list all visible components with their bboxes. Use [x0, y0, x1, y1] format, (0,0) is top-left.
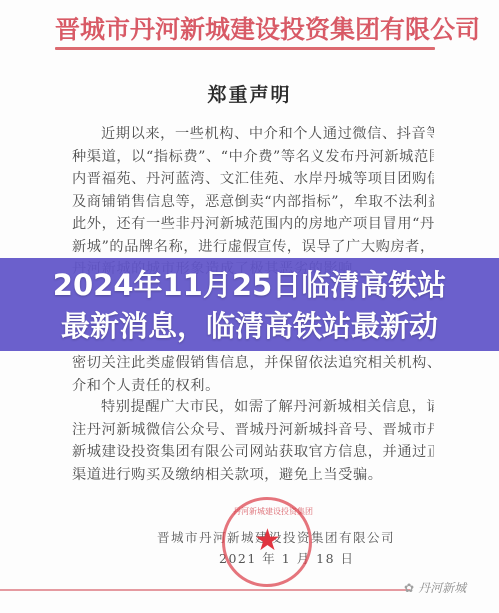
text-line: 此外，还有一些非丹河新城范围内的房地产项目冒用“丹河 [72, 213, 434, 236]
seal-ring-text: 丹河新城建设投资集团 [233, 506, 313, 517]
text-line: 特别提醒广大市民，如需了解丹河新城相关信息，请关 [72, 396, 434, 419]
text-line: 内晋福苑、丹河蓝湾、文汇佳苑、水岸丹城等项目团购信息， [72, 168, 434, 191]
watermark: ✿ 丹河新城 [404, 579, 466, 596]
bottom-red-rule [0, 589, 410, 591]
text-line: 密切关注此类虚假销售信息，并保留依法追究相关机构、中 [72, 352, 434, 375]
text-line: 种渠道，以“指标费”、“中介费”等名义发布丹河新城范围 [72, 146, 434, 169]
text-line: 及商铺销售信息等，恶意倒卖“内部指标”，牟取不法利益。 [72, 191, 434, 214]
headline-line-1: 2024年11月25日临清高铁站 [0, 265, 499, 306]
paragraph-3: 特别提醒广大市民，如需了解丹河新城相关信息，请关 注丹河新城微信公众号、晋城丹河… [72, 396, 434, 486]
text-line: 近期以来，一些机构、中介和个人通过微信、抖音等各 [72, 123, 434, 146]
letterhead-red-rule [55, 47, 435, 50]
headline-title: 2024年11月25日临清高铁站 最新消息，临清高铁站最新动 [0, 265, 499, 347]
paragraph-1: 近期以来，一些机构、中介和个人通过微信、抖音等各 种渠道，以“指标费”、“中介费… [72, 123, 434, 281]
paragraph-2: 密切关注此类虚假销售信息，并保留依法追究相关机构、中 介和个人责任的权利。 [72, 352, 434, 397]
text-line: 注丹河新城微信公众号、晋城丹河新城抖音号、晋城市丹河 [72, 419, 434, 442]
text-line: 新城建设投资集团有限公司网站获取官方信息，并通过正规 [72, 441, 434, 464]
text-line: 介和个人责任的权利。 [72, 375, 434, 398]
letterhead-company-name: 晋城市丹河新城建设投资集团有限公司 [55, 10, 435, 46]
text-line: 新城”的品牌名称，进行虚假宣传，误导了广大购房者，给 [72, 236, 434, 259]
watermark-text: 丹河新城 [418, 579, 466, 596]
star-icon: ★ [254, 526, 281, 556]
wechat-icon: ✿ [404, 581, 414, 595]
headline-line-2: 最新消息，临清高铁站最新动 [0, 306, 499, 347]
document-title: 郑重声明 [0, 80, 499, 107]
official-seal: 丹河新城建设投资集团 ★ [222, 497, 312, 587]
text-line: 渠道进行购买及缴纳相关款项，避免上当受骗。 [72, 464, 434, 487]
